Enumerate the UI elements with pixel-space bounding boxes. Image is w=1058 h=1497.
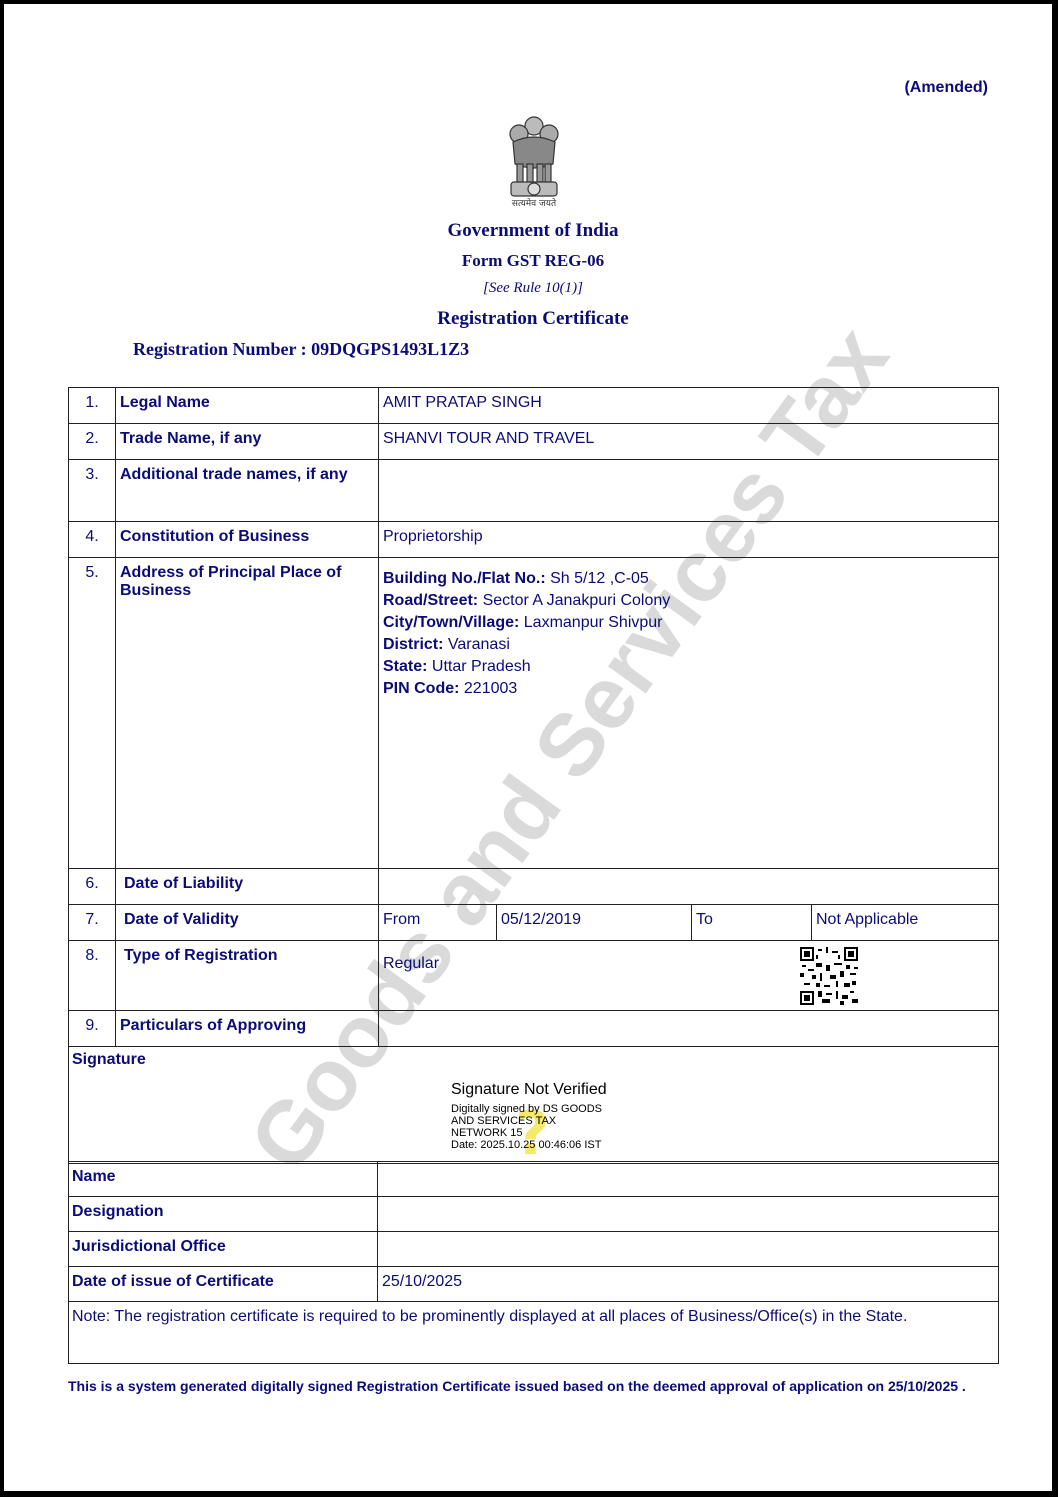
- row-label: Constitution of Business: [116, 522, 379, 558]
- row-label: Trade Name, if any: [116, 424, 379, 460]
- address-building: Building No./Flat No.: Sh 5/12 ,C-05: [383, 568, 994, 590]
- row-number: 8.: [69, 941, 116, 1011]
- table-row: 9. Particulars of Approving: [69, 1011, 999, 1047]
- row-value: Regular: [383, 955, 439, 972]
- address-city: City/Town/Village: Laxmanpur Shivpur: [383, 612, 994, 634]
- row-label: Particulars of Approving: [116, 1011, 379, 1047]
- row-number: 1.: [69, 388, 116, 424]
- validity-to-value: Not Applicable: [812, 905, 999, 941]
- table-row: 4. Constitution of Business Proprietorsh…: [69, 522, 999, 558]
- row-value: SHANVI TOUR AND TRAVEL: [379, 424, 999, 460]
- row-number: 7.: [69, 905, 116, 941]
- certificate-page: (Amended) सत्यमेव जयते Government of Ind…: [0, 0, 1058, 1497]
- row-number: 6.: [69, 869, 116, 905]
- row-label: Address of Principal Place of Business: [116, 558, 379, 869]
- signature-label: Signature: [72, 1051, 995, 1069]
- approver-value: [378, 1232, 999, 1267]
- row-value: [379, 869, 999, 905]
- approver-table: Name Designation Jurisdictional Office D…: [68, 1161, 999, 1364]
- registration-details-table: 1. Legal Name AMIT PRATAP SINGH 2. Trade…: [68, 387, 999, 1164]
- row-number: 5.: [69, 558, 116, 869]
- table-row: 1. Legal Name AMIT PRATAP SINGH: [69, 388, 999, 424]
- row-number: 2.: [69, 424, 116, 460]
- validity-from-label: From: [379, 905, 497, 941]
- address-state: State: Uttar Pradesh: [383, 656, 994, 678]
- address-block: Building No./Flat No.: Sh 5/12 ,C-05 Roa…: [379, 558, 999, 869]
- approver-value: [378, 1162, 999, 1197]
- row-label: Type of Registration: [116, 941, 379, 1011]
- amended-label: (Amended): [904, 79, 988, 97]
- government-title: Government of India: [4, 220, 1058, 242]
- approver-label: Name: [69, 1162, 378, 1197]
- registration-number-value: 09DQGPS1493L1Z3: [311, 339, 469, 359]
- table-row: 5. Address of Principal Place of Busines…: [69, 558, 999, 869]
- system-generated-footer: This is a system generated digitally sig…: [68, 1374, 998, 1398]
- approver-label: Date of issue of Certificate: [69, 1267, 378, 1302]
- row-number: 3.: [69, 460, 116, 522]
- row-number: 9.: [69, 1011, 116, 1047]
- row-number: 4.: [69, 522, 116, 558]
- address-district: District: Varanasi: [383, 634, 994, 656]
- row-value: Proprietorship: [379, 522, 999, 558]
- validity-from-value: 05/12/2019: [497, 905, 692, 941]
- rule-reference: [See Rule 10(1)]: [4, 280, 1058, 297]
- row-label: Legal Name: [116, 388, 379, 424]
- table-row: Note: The registration certificate is re…: [69, 1302, 999, 1364]
- table-row: Designation: [69, 1197, 999, 1232]
- digital-signature-block[interactable]: ? Signature Not Verified Digitally signe…: [451, 1081, 651, 1151]
- table-row: 2. Trade Name, if any SHANVI TOUR AND TR…: [69, 424, 999, 460]
- row-label: Date of Validity: [116, 905, 379, 941]
- row-value: [379, 1011, 999, 1047]
- approver-value: [378, 1197, 999, 1232]
- table-row: Name: [69, 1162, 999, 1197]
- row-value: AMIT PRATAP SINGH: [379, 388, 999, 424]
- qr-code-icon: [800, 947, 858, 1005]
- table-row: 8. Type of Registration Regular: [69, 941, 999, 1011]
- signature-cell: Signature ? Signature Not Verified Digit…: [69, 1047, 999, 1164]
- address-street: Road/Street: Sector A Janakpuri Colony: [383, 590, 994, 612]
- emblem-motto: सत्यमेव जयते: [494, 196, 574, 209]
- signature-details: Digitally signed by DS GOODS AND SERVICE…: [451, 1103, 651, 1151]
- table-row: 6. Date of Liability: [69, 869, 999, 905]
- row-label: Date of Liability: [116, 869, 379, 905]
- signature-row: Signature ? Signature Not Verified Digit…: [69, 1047, 999, 1164]
- table-row: Jurisdictional Office: [69, 1232, 999, 1267]
- certificate-title: Registration Certificate: [4, 308, 1058, 330]
- registration-number: Registration Number : 09DQGPS1493L1Z3: [133, 339, 469, 360]
- table-row: 3. Additional trade names, if any: [69, 460, 999, 522]
- registration-type-cell: Regular: [379, 941, 999, 1011]
- national-emblem-icon: [501, 112, 567, 208]
- approver-label: Jurisdictional Office: [69, 1232, 378, 1267]
- issue-date-value: 25/10/2025: [378, 1267, 999, 1302]
- form-title: Form GST REG-06: [4, 251, 1058, 271]
- display-note: Note: The registration certificate is re…: [69, 1302, 999, 1364]
- row-label: Additional trade names, if any: [116, 460, 379, 522]
- address-pin: PIN Code: 221003: [383, 678, 994, 700]
- table-row: Date of issue of Certificate 25/10/2025: [69, 1267, 999, 1302]
- signature-status: Signature Not Verified: [451, 1081, 651, 1099]
- approver-label: Designation: [69, 1197, 378, 1232]
- table-row: 7. Date of Validity From 05/12/2019 To N…: [69, 905, 999, 941]
- row-value: [379, 460, 999, 522]
- registration-number-label: Registration Number :: [133, 339, 307, 359]
- validity-to-label: To: [692, 905, 812, 941]
